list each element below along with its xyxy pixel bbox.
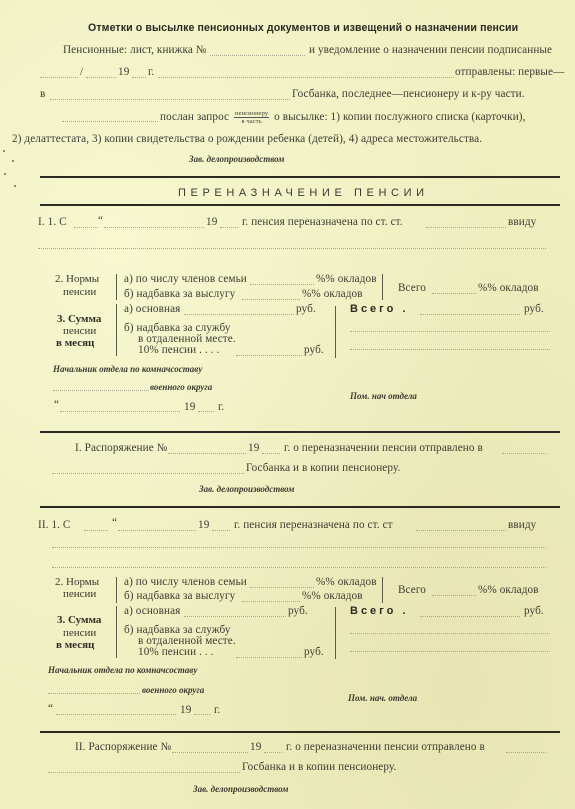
block1-sum-a: а) основная bbox=[124, 303, 180, 315]
block1-sum-brace bbox=[116, 304, 117, 356]
block2-order-signature: Зав. делопроизводством bbox=[193, 784, 288, 794]
block1-norm-b: б) надбавка за выслугу bbox=[124, 288, 235, 300]
block2-chief-g: г. bbox=[214, 704, 220, 716]
block1-order-year: 19 bbox=[248, 442, 259, 454]
block2-order-number-field[interactable] bbox=[172, 752, 248, 753]
year-suffix: г. bbox=[148, 66, 154, 78]
request-label: послан запрос пенсионеру в часть о высыл… bbox=[160, 110, 526, 125]
block2-norms-label-1: 2. Нормы bbox=[55, 576, 99, 588]
records-manager-signature: Зав. делопроизводством bbox=[189, 154, 284, 164]
block1-chief-date-field[interactable] bbox=[60, 411, 180, 412]
block2-chief-date-quote: “ bbox=[48, 703, 53, 715]
block1-sum-label-3: в месяц bbox=[56, 337, 94, 349]
block2-year-field[interactable] bbox=[212, 530, 230, 531]
block2-sum-b-field[interactable] bbox=[236, 657, 302, 658]
block2-chief-title: Начальник отдела по комначсоставу bbox=[48, 665, 197, 675]
block1-order-divider bbox=[40, 431, 560, 433]
block1-order-year-field[interactable] bbox=[262, 453, 280, 454]
block1-norm-a-field[interactable] bbox=[250, 284, 314, 285]
block1-quote: “ bbox=[98, 215, 103, 227]
fraction-numerator: пенсионеру bbox=[234, 110, 269, 118]
block2-divider bbox=[40, 506, 560, 508]
block1-norms-label-1: 2. Нормы bbox=[55, 273, 99, 285]
block1-norm-total-field[interactable] bbox=[432, 293, 476, 294]
document-title: Отметки о высылке пенсионных документов … bbox=[88, 22, 518, 34]
block1-reassigned-text: г. пенсия переназначена по ст. ст. bbox=[242, 216, 403, 228]
block1-district-field[interactable] bbox=[53, 390, 149, 391]
block1-sum-extra-field-2[interactable] bbox=[350, 349, 550, 350]
block1-chief-year: 19 bbox=[184, 401, 195, 413]
block2-norm-total-field[interactable] bbox=[432, 595, 476, 596]
block1-chief-g: г. bbox=[218, 401, 224, 413]
block1-day-field[interactable] bbox=[74, 227, 98, 228]
block1-norm-a-unit: %% окладов bbox=[316, 273, 377, 285]
paper-speck bbox=[14, 185, 16, 187]
block1-norms-label-2: пенсии bbox=[63, 286, 96, 298]
block1-year-prefix: 19 bbox=[206, 216, 217, 228]
sent-by-field[interactable] bbox=[158, 77, 454, 78]
block1-label: I. 1. С bbox=[38, 216, 67, 228]
block1-sum-b-3: 10% пенсии . . . . bbox=[138, 344, 219, 356]
pension-document-page: Отметки о высылке пенсионных документов … bbox=[0, 0, 575, 809]
sent-label: отправлены: первые— bbox=[455, 66, 564, 78]
recipient-fraction: пенсионеру в часть bbox=[234, 110, 269, 125]
block1-sum-label-2: пенсии bbox=[63, 325, 96, 337]
block2-sum-label-1: 3. Сумма bbox=[57, 614, 101, 626]
block2-reassigned-text: г. пенсия переназначена по ст. ст bbox=[234, 519, 393, 531]
block1-norm-a: а) по числу членов семьи bbox=[124, 273, 247, 285]
block2-norms-brace bbox=[116, 577, 117, 603]
block1-order-bank-field[interactable] bbox=[52, 473, 244, 474]
block2-quote: “ bbox=[112, 517, 117, 529]
block1-sum-label-1: 3. Сумма bbox=[57, 313, 101, 325]
block2-order-bank-field[interactable] bbox=[48, 772, 240, 773]
section-heading: ПЕРЕНАЗНАЧЕНИЕ ПЕНСИИ bbox=[178, 187, 429, 199]
block2-norm-a-unit: %% окладов bbox=[316, 576, 377, 588]
block1-sum-total-field[interactable] bbox=[420, 314, 520, 315]
block1-sum-b-field[interactable] bbox=[236, 355, 302, 356]
block1-articles-field[interactable] bbox=[426, 227, 506, 228]
to-prefix: в bbox=[40, 88, 45, 100]
block2-norm-total-unit: %% окладов bbox=[478, 584, 539, 596]
request-date-field[interactable] bbox=[62, 121, 158, 122]
paper-speck bbox=[4, 173, 6, 175]
request-items-text: о высылке: 1) копии послужного списка (к… bbox=[274, 111, 525, 123]
block2-norm-a-field[interactable] bbox=[250, 587, 314, 588]
block2-month-field[interactable] bbox=[118, 530, 196, 531]
block2-norm-b: б) надбавка за выслугу bbox=[124, 590, 235, 602]
block1-order-number-field[interactable] bbox=[168, 453, 246, 454]
block2-norm-total-label: Всего bbox=[398, 584, 426, 596]
block2-order-year: 19 bbox=[250, 741, 261, 753]
block2-order-label: II. Распоряжение № bbox=[75, 741, 171, 753]
block2-sum-b-unit: руб. bbox=[304, 646, 324, 658]
block1-sum-total-unit: руб. bbox=[524, 303, 544, 315]
block2-sum-label-3: в месяц bbox=[56, 639, 94, 651]
block2-reason-field[interactable] bbox=[52, 547, 546, 548]
block2-chief-year: 19 bbox=[180, 704, 191, 716]
block2-order-text: г. о переназначении пенсии отправлено в bbox=[286, 741, 485, 753]
block1-sum-a-unit: руб. bbox=[296, 303, 316, 315]
block1-due-to: ввиду bbox=[508, 216, 536, 228]
block2-sum-total-unit: руб. bbox=[524, 605, 544, 617]
block1-norms-close-brace bbox=[382, 274, 383, 300]
paper-speck bbox=[12, 160, 14, 162]
paper-speck bbox=[3, 150, 5, 152]
bank-branch-field[interactable] bbox=[50, 99, 290, 100]
bank-label: Госбанка, последнее—пенсионеру и к-ру ча… bbox=[292, 88, 525, 100]
block1-order-text: г. о переназначении пенсии отправлено в bbox=[284, 442, 483, 454]
signed-year-field[interactable] bbox=[132, 77, 146, 78]
block2-district-label: военного округа bbox=[142, 685, 204, 695]
block1-chief-title: Начальник отдела по комначсоставу bbox=[53, 364, 202, 374]
block1-sum-b-unit: руб. bbox=[304, 344, 324, 356]
request-items-continued: 2) делаттестата, 3) копии свидетельства … bbox=[12, 133, 482, 145]
fraction-denominator: в часть bbox=[234, 118, 269, 125]
signed-day-field[interactable] bbox=[40, 77, 78, 78]
block2-order-divider bbox=[40, 731, 560, 733]
block2-order-bank-text: Госбанка и в копии пенсионеру. bbox=[242, 761, 396, 773]
block1-order-bank-text: Госбанка и в копии пенсионеру. bbox=[246, 462, 400, 474]
block1-district-label: военного округа bbox=[150, 382, 212, 392]
block1-order-label: I. Распоряжение № bbox=[75, 442, 167, 454]
block2-sum-divider bbox=[335, 607, 336, 659]
date-slash: / bbox=[80, 66, 83, 78]
block1-norm-b-unit: %% окладов bbox=[302, 288, 363, 300]
block1-chief-date-quote: “ bbox=[54, 399, 59, 411]
signed-month-field[interactable] bbox=[86, 77, 116, 78]
block2-sum-brace bbox=[116, 606, 117, 658]
block1-norms-brace bbox=[116, 274, 117, 300]
block2-norm-b-field[interactable] bbox=[242, 601, 300, 602]
block1-norm-b-field[interactable] bbox=[242, 299, 300, 300]
block2-sum-total-field[interactable] bbox=[420, 616, 520, 617]
block2-due-to: ввиду bbox=[508, 519, 536, 531]
block1-sum-total-label: Всего . bbox=[350, 303, 408, 315]
block2-norms-label-2: пенсии bbox=[63, 588, 96, 600]
block2-norm-a: а) по числу членов семьи bbox=[124, 576, 247, 588]
booklet-number-field[interactable] bbox=[210, 55, 305, 56]
block2-norms-close-brace bbox=[382, 577, 383, 603]
block2-sum-label-2: пенсии bbox=[63, 627, 96, 639]
block2-norm-b-unit: %% окладов bbox=[302, 590, 363, 602]
block2-sum-a: а) основная bbox=[124, 605, 180, 617]
block1-sum-divider bbox=[335, 306, 336, 358]
block2-order-year-field[interactable] bbox=[264, 752, 282, 753]
block1-assistant-title: Пом. нач отдела bbox=[350, 391, 417, 401]
block1-reason-field[interactable] bbox=[38, 248, 546, 249]
block1-norm-total-unit: %% окладов bbox=[478, 282, 539, 294]
section-divider-top bbox=[40, 176, 560, 178]
block2-articles-field[interactable] bbox=[416, 530, 506, 531]
block2-day-field[interactable] bbox=[84, 530, 108, 531]
block2-sum-extra-field-2[interactable] bbox=[350, 651, 550, 652]
block1-sum-a-field[interactable] bbox=[184, 314, 294, 315]
block2-year-prefix: 19 bbox=[198, 519, 209, 531]
block2-sum-a-field[interactable] bbox=[184, 616, 286, 617]
block2-sum-b-3: 10% пенсии . . . bbox=[138, 646, 214, 658]
header-line1-label: Пенсионные: лист, книжка № bbox=[63, 44, 207, 56]
year-prefix: 19 bbox=[118, 66, 129, 78]
block2-sum-a-unit: руб. bbox=[288, 605, 308, 617]
block2-label: II. 1. С bbox=[38, 519, 71, 531]
block1-chief-year-field[interactable] bbox=[198, 411, 214, 412]
request-sent-text: послан запрос bbox=[160, 111, 229, 123]
block2-sum-extra-field-1[interactable] bbox=[350, 633, 550, 634]
block1-order-signature: Зав. делопроизводством bbox=[199, 484, 294, 494]
block1-order-destination-field[interactable] bbox=[502, 453, 546, 454]
block1-sum-extra-field-1[interactable] bbox=[350, 331, 550, 332]
block2-assistant-title: Пом. нач. отдела bbox=[348, 693, 417, 703]
block2-chief-year-field[interactable] bbox=[194, 714, 210, 715]
block2-sum-total-label: Всего . bbox=[350, 605, 408, 617]
block2-reason-field-2[interactable] bbox=[52, 567, 546, 568]
block2-district-field[interactable] bbox=[48, 693, 140, 694]
block1-year-field[interactable] bbox=[220, 227, 238, 228]
block1-norm-total-label: Всего bbox=[398, 282, 426, 294]
block2-chief-date-field[interactable] bbox=[56, 714, 176, 715]
section-divider-bottom bbox=[40, 204, 560, 206]
block2-order-destination-field[interactable] bbox=[506, 752, 546, 753]
block1-month-field[interactable] bbox=[104, 227, 204, 228]
header-line1-text: и уведомление о назначении пенсии подпис… bbox=[309, 44, 552, 56]
